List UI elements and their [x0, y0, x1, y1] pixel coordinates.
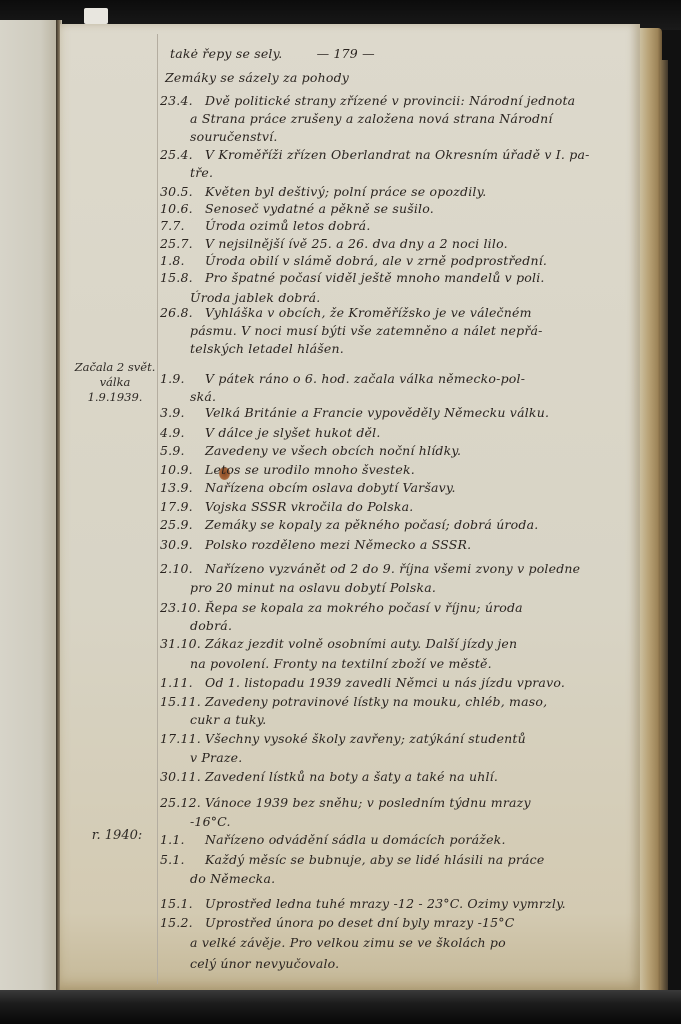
entry-text: Zavedeny potravinové lístky na mouku, ch… — [205, 694, 547, 709]
entry-text: Pro špatné počasí viděl ještě mnoho mand… — [205, 270, 545, 285]
entry-text: Zavedeny ve všech obcích noční hlídky. — [205, 443, 461, 458]
entry-text-continuation: a velké závěje. Pro velkou zimu se ve šk… — [190, 935, 506, 950]
entry-date: 5.1. — [160, 852, 206, 867]
entry-date: 25.4. — [160, 147, 206, 162]
entry-date: 25.9. — [160, 517, 206, 532]
margin-note-line: 1.9.1939. — [70, 390, 160, 405]
entry-text: Uprostřed ledna tuhé mrazy -12 - 23°C. O… — [205, 896, 566, 911]
entry-text-continuation: a Strana práce zrušeny a založena nová s… — [190, 111, 553, 126]
entry-text: Úroda obilí v slámě dobrá, ale v zrně po… — [205, 253, 547, 268]
margin-note-year: r. 1940: — [82, 828, 152, 843]
entry-text-continuation: pro 20 minut na oslavu dobytí Polska. — [190, 580, 436, 595]
entry-date: 10.6. — [160, 201, 206, 216]
margin-note-ww2: Začala 2 svět. válka 1.9.1939. — [70, 360, 160, 405]
header-text: Zemáky se sázely za pohody — [165, 70, 349, 85]
entry-text-continuation: do Německa. — [190, 871, 275, 886]
entry-text-continuation: ská. — [190, 389, 216, 404]
entry-text: Vojska SSSR vkročila do Polska. — [205, 499, 413, 514]
entry-text: Vyhláška v obcích, že Kroměřížsko je ve … — [205, 305, 532, 320]
entry-text-continuation: na povolení. Fronty na textilní zboží ve… — [190, 656, 492, 671]
entry-date: 13.9. — [160, 480, 206, 495]
header-line: takė řepy se sely. — 179 — — [170, 46, 375, 61]
entry-text: V Kroměříži zřízen Oberlandrat na Okresn… — [205, 147, 590, 162]
entry-date: 5.9. — [160, 443, 206, 458]
entry-date: 25.12. — [160, 795, 206, 810]
entry-text: V pátek ráno o 6. hod. začala válka něme… — [205, 371, 525, 386]
entry-text-continuation: v Praze. — [190, 750, 242, 765]
entry-text: Všechny vysoké školy zavřeny; zatýkání s… — [205, 731, 526, 746]
entry-date: 15.11. — [160, 694, 206, 709]
margin-note-line: r. 1940: — [82, 828, 152, 843]
entry-text-continuation: tře. — [190, 165, 213, 180]
entry-text: Velká Británie a Francie vypověděly Něme… — [205, 405, 549, 420]
entry-text: V dálce je slyšet hukot děl. — [205, 425, 381, 440]
entry-text: Nařízeno vyzvánět od 2 do 9. října všemi… — [205, 561, 580, 576]
entry-date: 30.11. — [160, 769, 206, 784]
entry-date: 25.7. — [160, 236, 206, 251]
entry-text-continuation: telských letadel hlášen. — [190, 341, 344, 356]
entry-text: Zemáky se kopaly za pěkného počasí; dobr… — [205, 517, 538, 532]
entry-text-continuation: pásmu. V noci musí býti vše zatemněno a … — [190, 323, 543, 338]
entry-text: Senoseč vydatné a pěkně se sušilo. — [205, 201, 434, 216]
book-cover-edge — [660, 60, 668, 990]
entry-text: Květen byl deštivý; polní práce se opozd… — [205, 184, 486, 199]
header-line: Zemáky se sázely za pohody — [165, 70, 349, 85]
entry-date: 15.1. — [160, 896, 206, 911]
left-page — [0, 20, 60, 1000]
entry-text: Letos se urodilo mnoho švestek. — [205, 462, 415, 477]
paper-tab — [84, 8, 108, 24]
header-text: takė řepy se sely. — [170, 46, 282, 61]
entry-text: Zákaz jezdit volně osobními auty. Další … — [205, 636, 517, 651]
entry-date: 26.8. — [160, 305, 206, 320]
entry-text: Polsko rozděleno mezi Německo a SSSR. — [205, 537, 471, 552]
entry-date: 3.9. — [160, 405, 206, 420]
entry-date: 17.11. — [160, 731, 206, 746]
entry-date: 23.10. — [160, 600, 206, 615]
entry-date: 1.9. — [160, 371, 206, 386]
entry-text: Každý měsíc se bubnuje, aby se lidé hlás… — [205, 852, 544, 867]
entry-date: 7.7. — [160, 218, 206, 233]
entry-date: 23.4. — [160, 93, 206, 108]
entry-text: Od 1. listopadu 1939 zavedli Němci u nás… — [205, 675, 565, 690]
entry-date: 4.9. — [160, 425, 206, 440]
entry-date: 17.9. — [160, 499, 206, 514]
entry-text-continuation: -16°C. — [190, 814, 231, 829]
entry-text: Úroda ozimů letos dobrá. — [205, 218, 371, 233]
entry-text-continuation: cukr a tuky. — [190, 712, 266, 727]
entry-date: 10.9. — [160, 462, 206, 477]
entry-text: Vánoce 1939 bez sněhu; v posledním týdnu… — [205, 795, 531, 810]
entry-text: V nejsilnější ívě 25. a 26. dva dny a 2 … — [205, 236, 508, 251]
entry-date: 30.5. — [160, 184, 206, 199]
entry-date: 15.2. — [160, 915, 206, 930]
entry-text: Řepa se kopala za mokrého počasí v říjnu… — [205, 600, 523, 615]
dark-background-bottom — [0, 990, 681, 1024]
entry-text-continuation: dobrá. — [190, 618, 232, 633]
page-number: 179 — [333, 46, 357, 61]
margin-note-line: válka — [70, 375, 160, 390]
entry-text: Nařízeno odvádění sádla u domácích poráž… — [205, 832, 506, 847]
entry-date: 1.1. — [160, 832, 206, 847]
margin-note-line: Začala 2 svět. — [70, 360, 160, 375]
margin-rule — [157, 34, 158, 984]
page-stack-edge — [640, 28, 662, 993]
entry-text-continuation: celý únor nevyučovalo. — [190, 956, 339, 971]
entry-text: Dvě politické strany zřízené v provincii… — [205, 93, 575, 108]
entry-date: 2.10. — [160, 561, 206, 576]
entry-text: Uprostřed února po deset dní byly mrazy … — [205, 915, 515, 930]
entry-text: Nařízena obcím oslava dobytí Varšavy. — [205, 480, 456, 495]
entry-text: Zavedení lístků na boty a šaty a také na… — [205, 769, 498, 784]
entry-text-continuation: souručenství. — [190, 129, 278, 144]
entry-date: 31.10. — [160, 636, 206, 651]
entry-text-continuation: Úroda jablek dobrá. — [190, 290, 320, 305]
entry-date: 1.11. — [160, 675, 206, 690]
entry-date: 30.9. — [160, 537, 206, 552]
entry-date: 15.8. — [160, 270, 206, 285]
entry-date: 1.8. — [160, 253, 206, 268]
